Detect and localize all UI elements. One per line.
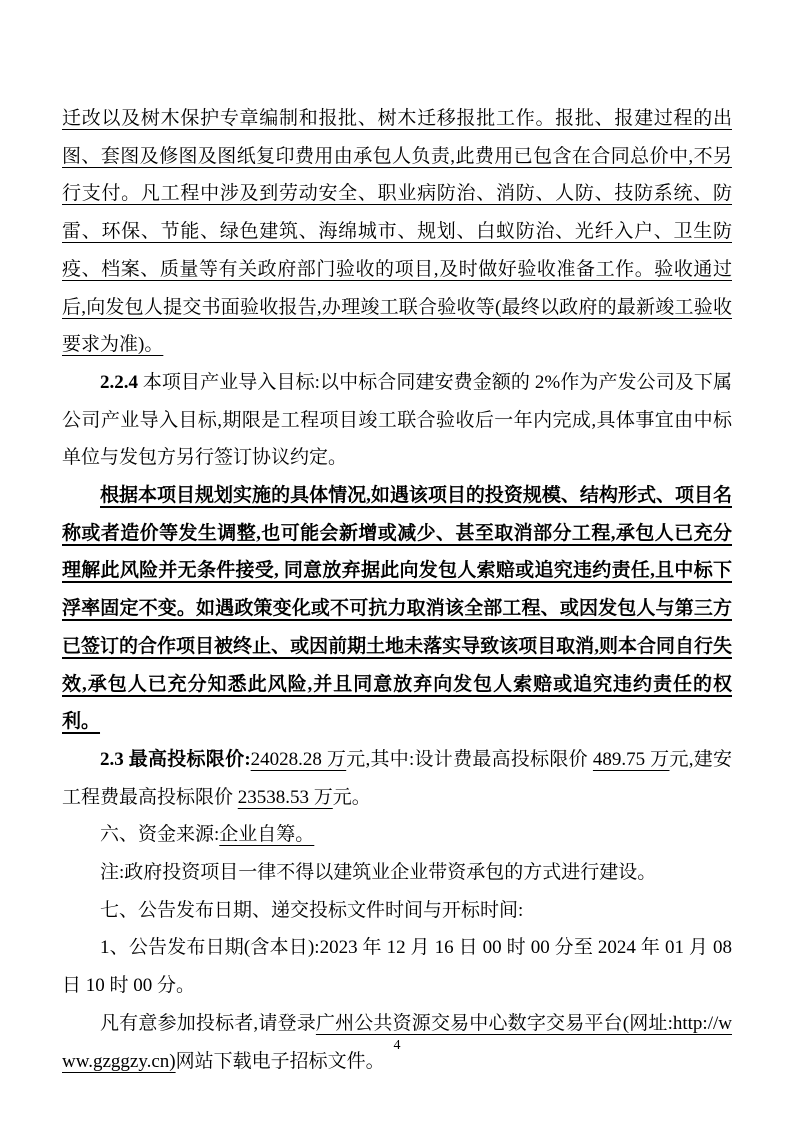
text-segment: 元。 — [333, 787, 371, 808]
paragraph: 1、公告发布日期(含本日):2023 年 12 月 16 日 00 时 00 分… — [62, 929, 732, 1004]
page-footer: 4 — [0, 1037, 794, 1055]
text-segment: 489.75 万 — [593, 749, 670, 770]
paragraph: 2.2.4 本项目产业导入目标:以中标合同建安费金额的 2%作为产发公司及下属公… — [62, 364, 732, 477]
text-segment: 企业自筹。 — [219, 824, 314, 845]
text-segment: 根据本项目规划实施的具体情况,如遇该项目的投资规模、结构形式、项目名称或者造价等… — [62, 485, 732, 732]
paragraph: 根据本项目规划实施的具体情况,如遇该项目的投资规模、结构形式、项目名称或者造价等… — [62, 477, 732, 741]
paragraph: 迁改以及树木保护专章编制和报批、树木迁移报批工作。报批、报建过程的出图、套图及修… — [62, 100, 732, 364]
paragraph: 注:政府投资项目一律不得以建筑业企业带资承包的方式进行建设。 — [62, 854, 732, 892]
text-segment: 凡有意参加投标者,请登录 — [100, 1013, 316, 1034]
document-body: 迁改以及树木保护专章编制和报批、树木迁移报批工作。报批、报建过程的出图、套图及修… — [62, 100, 732, 1080]
text-segment: 注:政府投资项目一律不得以建筑业企业带资承包的方式进行建设。 — [100, 862, 656, 883]
text-segment: 七、公告发布日期、递交投标文件时间与开标时间: — [100, 900, 523, 921]
paragraph: 2.3 最高投标限价:24028.28 万元,其中:设计费最高投标限价 489.… — [62, 741, 732, 816]
text-segment: 2.3 最高投标限价: — [100, 749, 251, 770]
text-segment: 元,其中:设计费最高投标限价 — [346, 749, 593, 770]
text-segment: 迁改以及树木保护专章编制和报批、树木迁移报批工作。报批、报建过程的出图、套图及修… — [62, 108, 732, 355]
page-number: 4 — [394, 1038, 401, 1053]
text-segment: 1、公告发布日期(含本日):2023 年 12 月 16 日 00 时 00 分… — [62, 937, 732, 996]
text-segment: 本项目产业导入目标:以中标合同建安费金额的 2%作为产发公司及下属公司产业导入目… — [62, 372, 732, 468]
document-page: 迁改以及树木保护专章编制和报批、树木迁移报批工作。报批、报建过程的出图、套图及修… — [0, 0, 794, 1123]
text-segment: 六、资金来源: — [100, 824, 219, 845]
text-segment: 23538.53 万 — [238, 787, 333, 808]
paragraph: 六、资金来源:企业自筹。 — [62, 816, 732, 854]
text-segment: 24028.28 万 — [251, 749, 347, 770]
paragraph: 七、公告发布日期、递交投标文件时间与开标时间: — [62, 892, 732, 930]
text-segment: 2.2.4 — [100, 372, 138, 393]
